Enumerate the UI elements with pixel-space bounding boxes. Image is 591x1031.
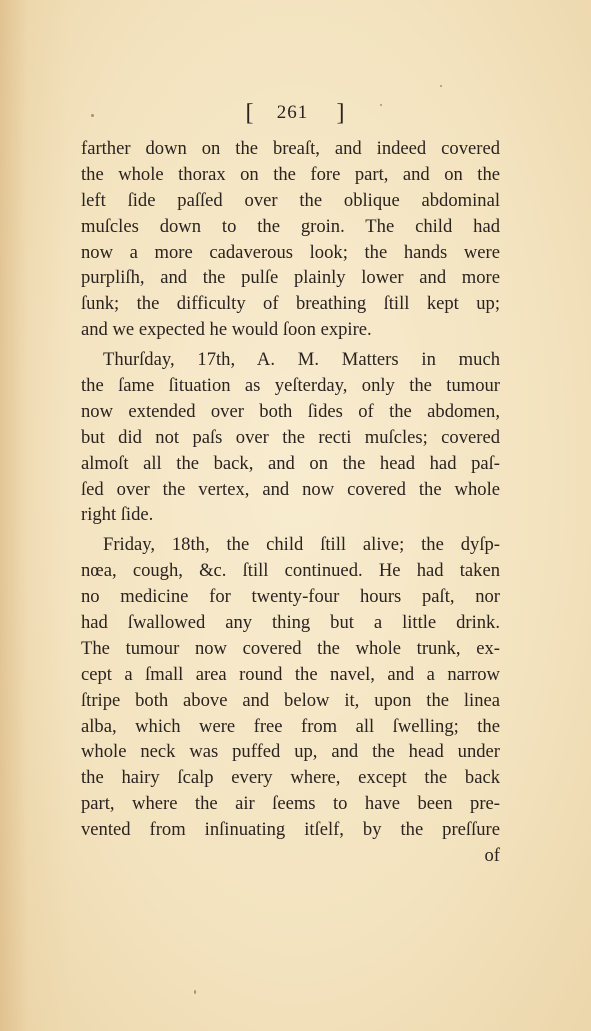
running-head: [ 261 ]: [0, 99, 591, 127]
text-line: nœa, cough, &c. ſtill continued. He had …: [81, 558, 500, 584]
text-line: right ſide.: [81, 502, 500, 528]
text-line: ſtripe both above and below it, upon the…: [81, 688, 500, 714]
text-line: cept a ſmall area round the navel, and a…: [81, 662, 500, 688]
text-line: farther down on the breaſt, and indeed c…: [81, 136, 500, 162]
paragraph: farther down on the breaſt, and indeed c…: [81, 136, 500, 343]
text-line: alba, which were free from all ſwelling;…: [81, 714, 500, 740]
body-text: farther down on the breaſt, and indeed c…: [81, 136, 500, 869]
text-line: left ſide paſſed over the oblique abdomi…: [81, 188, 500, 214]
paragraph: Thurſday, 17th, A. M. Matters in much th…: [81, 347, 500, 528]
text-line: the whole thorax on the fore part, and o…: [81, 162, 500, 188]
text-line: now a more cadaverous look; the hands we…: [81, 240, 500, 266]
text-line: but did not paſs over the recti muſcles;…: [81, 425, 500, 451]
text-line: Friday, 18th, the child ſtill alive; the…: [81, 532, 500, 558]
page-number-close-bracket: ]: [337, 100, 346, 127]
text-line: The tumour now covered the whole trunk, …: [81, 636, 500, 662]
text-line: and we expected he would ſoon expire.: [81, 317, 500, 343]
paper-speck: [194, 990, 196, 994]
text-line: vented from inſinuating itſelf, by the p…: [81, 817, 500, 843]
text-line: ſunk; the difficulty of breathing ſtill …: [81, 291, 500, 317]
book-page: [ 261 ] farther down on the breaſt, and …: [0, 0, 591, 1031]
catchword: of: [81, 843, 500, 869]
paper-speck: [440, 85, 442, 87]
page-number: 261: [277, 102, 309, 124]
text-line: no medicine for twenty-four hours paſt, …: [81, 584, 500, 610]
text-line: part, where the air ſeems to have been p…: [81, 791, 500, 817]
text-line: now extended over both ſides of the abdo…: [81, 399, 500, 425]
text-line: had ſwallowed any thing but a little dri…: [81, 610, 500, 636]
text-line: Thurſday, 17th, A. M. Matters in much: [81, 347, 500, 373]
text-line: purpliſh, and the pulſe plainly lower an…: [81, 265, 500, 291]
text-line: the hairy ſcalp every where, except the …: [81, 765, 500, 791]
paragraph: Friday, 18th, the child ſtill alive; the…: [81, 532, 500, 843]
text-line: whole neck was puffed up, and the head u…: [81, 739, 500, 765]
page-number-open-bracket: [: [246, 100, 255, 127]
text-line: almoſt all the back, and on the head had…: [81, 451, 500, 477]
text-line: ſed over the vertex, and now covered the…: [81, 477, 500, 503]
text-line: the ſame ſituation as yeſterday, only th…: [81, 373, 500, 399]
text-line: muſcles down to the groin. The child had: [81, 214, 500, 240]
